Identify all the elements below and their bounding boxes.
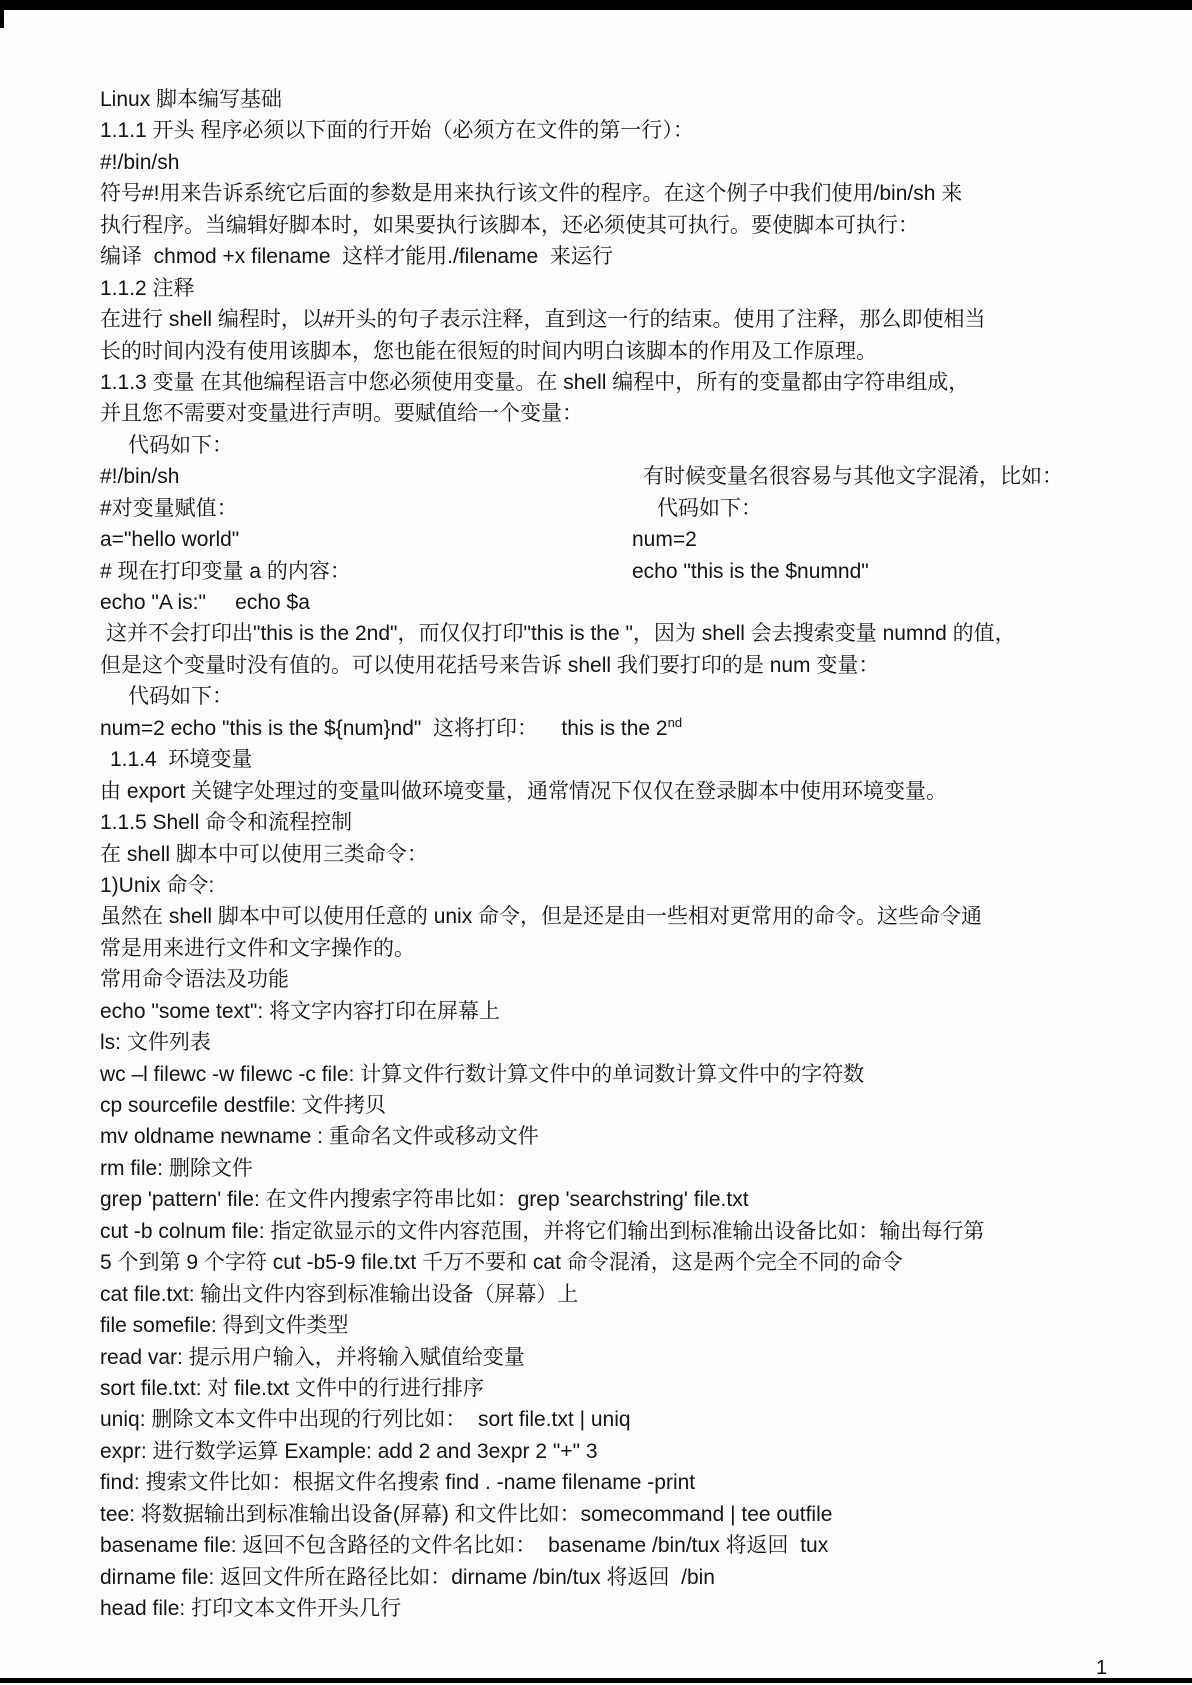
text-line: 在 shell 脚本中可以使用三类命令： (100, 839, 1110, 870)
text-line: 执行程序。当编辑好脚本时，如果要执行该脚本，还必须使其可执行。要使脚本可执行： (100, 210, 1110, 241)
text-line: 常用命令语法及功能 (100, 964, 1110, 995)
text-line: basename file: 返回不包含路径的文件名比如： basename /… (100, 1530, 1110, 1561)
text-line-right-column: 有时候变量名很容易与其他文字混淆，比如： (643, 461, 1063, 492)
text-line: 并且您不需要对变量进行声明。要赋值给一个变量： (100, 398, 1110, 429)
text-line: mv oldname newname : 重命名文件或移动文件 (100, 1121, 1110, 1152)
text-line: dirname file: 返回文件所在路径比如：dirname /bin/tu… (100, 1562, 1110, 1593)
text-line: num=2 echo "this is the ${num}nd" 这将打印： … (100, 713, 1110, 744)
top-border-bar (0, 0, 1192, 10)
text-line: file somefile: 得到文件类型 (100, 1310, 1110, 1341)
text-line: expr: 进行数学运算 Example: add 2 and 3expr 2 … (100, 1436, 1110, 1467)
text-line: 但是这个变量时没有值的。可以使用花括号来告诉 shell 我们要打印的是 num… (100, 650, 1110, 681)
text-line: 1.1.2 注释 (100, 273, 1110, 304)
text-line-right-column: 代码如下： (657, 493, 762, 524)
text-line: tee: 将数据输出到标准输出设备(屏幕) 和文件比如：somecommand … (100, 1499, 1110, 1530)
text-line: echo "some text": 将文字内容打印在屏幕上 (100, 996, 1110, 1027)
text-line-right-column: num=2 (632, 524, 697, 555)
text-line: 这并不会打印出"this is the 2nd"，而仅仅打印"this is t… (100, 618, 1110, 649)
scan-edge-artifact (0, 10, 4, 28)
text-line: echo "A is:" echo $a (100, 587, 1110, 618)
text-line: cat file.txt: 输出文件内容到标准输出设备（屏幕）上 (100, 1279, 1110, 1310)
text-line: Linux 脚本编写基础 (100, 84, 1110, 115)
text-line: 1.1.4 环境变量 (100, 744, 1110, 775)
text-line: sort file.txt: 对 file.txt 文件中的行进行排序 (100, 1373, 1110, 1404)
document-page: Linux 脚本编写基础1.1.1 开头 程序必须以下面的行开始（必须方在文件的… (0, 0, 1192, 1685)
text-line: # 现在打印变量 a 的内容：echo "this is the $numnd" (100, 556, 1110, 587)
text-line-right-column: echo "this is the $numnd" (632, 556, 869, 587)
bottom-border-bar (0, 1678, 1192, 1683)
text-line: find: 搜索文件比如：根据文件名搜索 find . -name filena… (100, 1467, 1110, 1498)
text-line: 1.1.3 变量 在其他编程语言中您必须使用变量。在 shell 编程中，所有的… (100, 367, 1110, 398)
text-line: 5 个到第 9 个字符 cut -b5-9 file.txt 千万不要和 cat… (100, 1247, 1110, 1278)
text-line: 1.1.1 开头 程序必须以下面的行开始（必须方在文件的第一行）： (100, 115, 1110, 146)
text-line: cut -b colnum file: 指定欲显示的文件内容范围，并将它们输出到… (100, 1216, 1110, 1247)
text-line: rm file: 删除文件 (100, 1153, 1110, 1184)
text-line: 代码如下： (100, 681, 1110, 712)
text-line: 长的时间内没有使用该脚本，您也能在很短的时间内明白该脚本的作用及工作原理。 (100, 336, 1110, 367)
text-line: 常是用来进行文件和文字操作的。 (100, 933, 1110, 964)
text-line: read var: 提示用户输入，并将输入赋值给变量 (100, 1342, 1110, 1373)
text-line: ls: 文件列表 (100, 1027, 1110, 1058)
text-line: a="hello world"num=2 (100, 524, 1110, 555)
text-line: uniq: 删除文本文件中出现的行列比如： sort file.txt | un… (100, 1404, 1110, 1435)
text-line: 1.1.5 Shell 命令和流程控制 (100, 807, 1110, 838)
text-line: 1)Unix 命令: (100, 870, 1110, 901)
text-line: #对变量赋值：代码如下： (100, 493, 1110, 524)
text-line: cp sourcefile destfile: 文件拷贝 (100, 1090, 1110, 1121)
text-line: wc –l filewc -w filewc -c file: 计算文件行数计算… (100, 1059, 1110, 1090)
text-line: 编译 chmod +x filename 这样才能用./filename 来运行 (100, 241, 1110, 272)
page-number: 1 (1096, 1656, 1107, 1680)
text-body: Linux 脚本编写基础1.1.1 开头 程序必须以下面的行开始（必须方在文件的… (100, 84, 1110, 1624)
text-line: 由 export 关键字处理过的变量叫做环境变量，通常情况下仅仅在登录脚本中使用… (100, 776, 1110, 807)
text-line: 符号#!用来告诉系统它后面的参数是用来执行该文件的程序。在这个例子中我们使用/b… (100, 178, 1110, 209)
text-line: 在进行 shell 编程时，以#开头的句子表示注释，直到这一行的结束。使用了注释… (100, 304, 1110, 335)
superscript-text: nd (668, 715, 682, 730)
text-line: #!/bin/sh (100, 147, 1110, 178)
text-line: 代码如下： (100, 430, 1110, 461)
text-line: head file: 打印文本文件开头几行 (100, 1593, 1110, 1624)
text-line: 虽然在 shell 脚本中可以使用任意的 unix 命令，但是还是由一些相对更常… (100, 901, 1110, 932)
text-line: grep 'pattern' file: 在文件内搜索字符串比如：grep 's… (100, 1184, 1110, 1215)
text-line: #!/bin/sh有时候变量名很容易与其他文字混淆，比如： (100, 461, 1110, 492)
